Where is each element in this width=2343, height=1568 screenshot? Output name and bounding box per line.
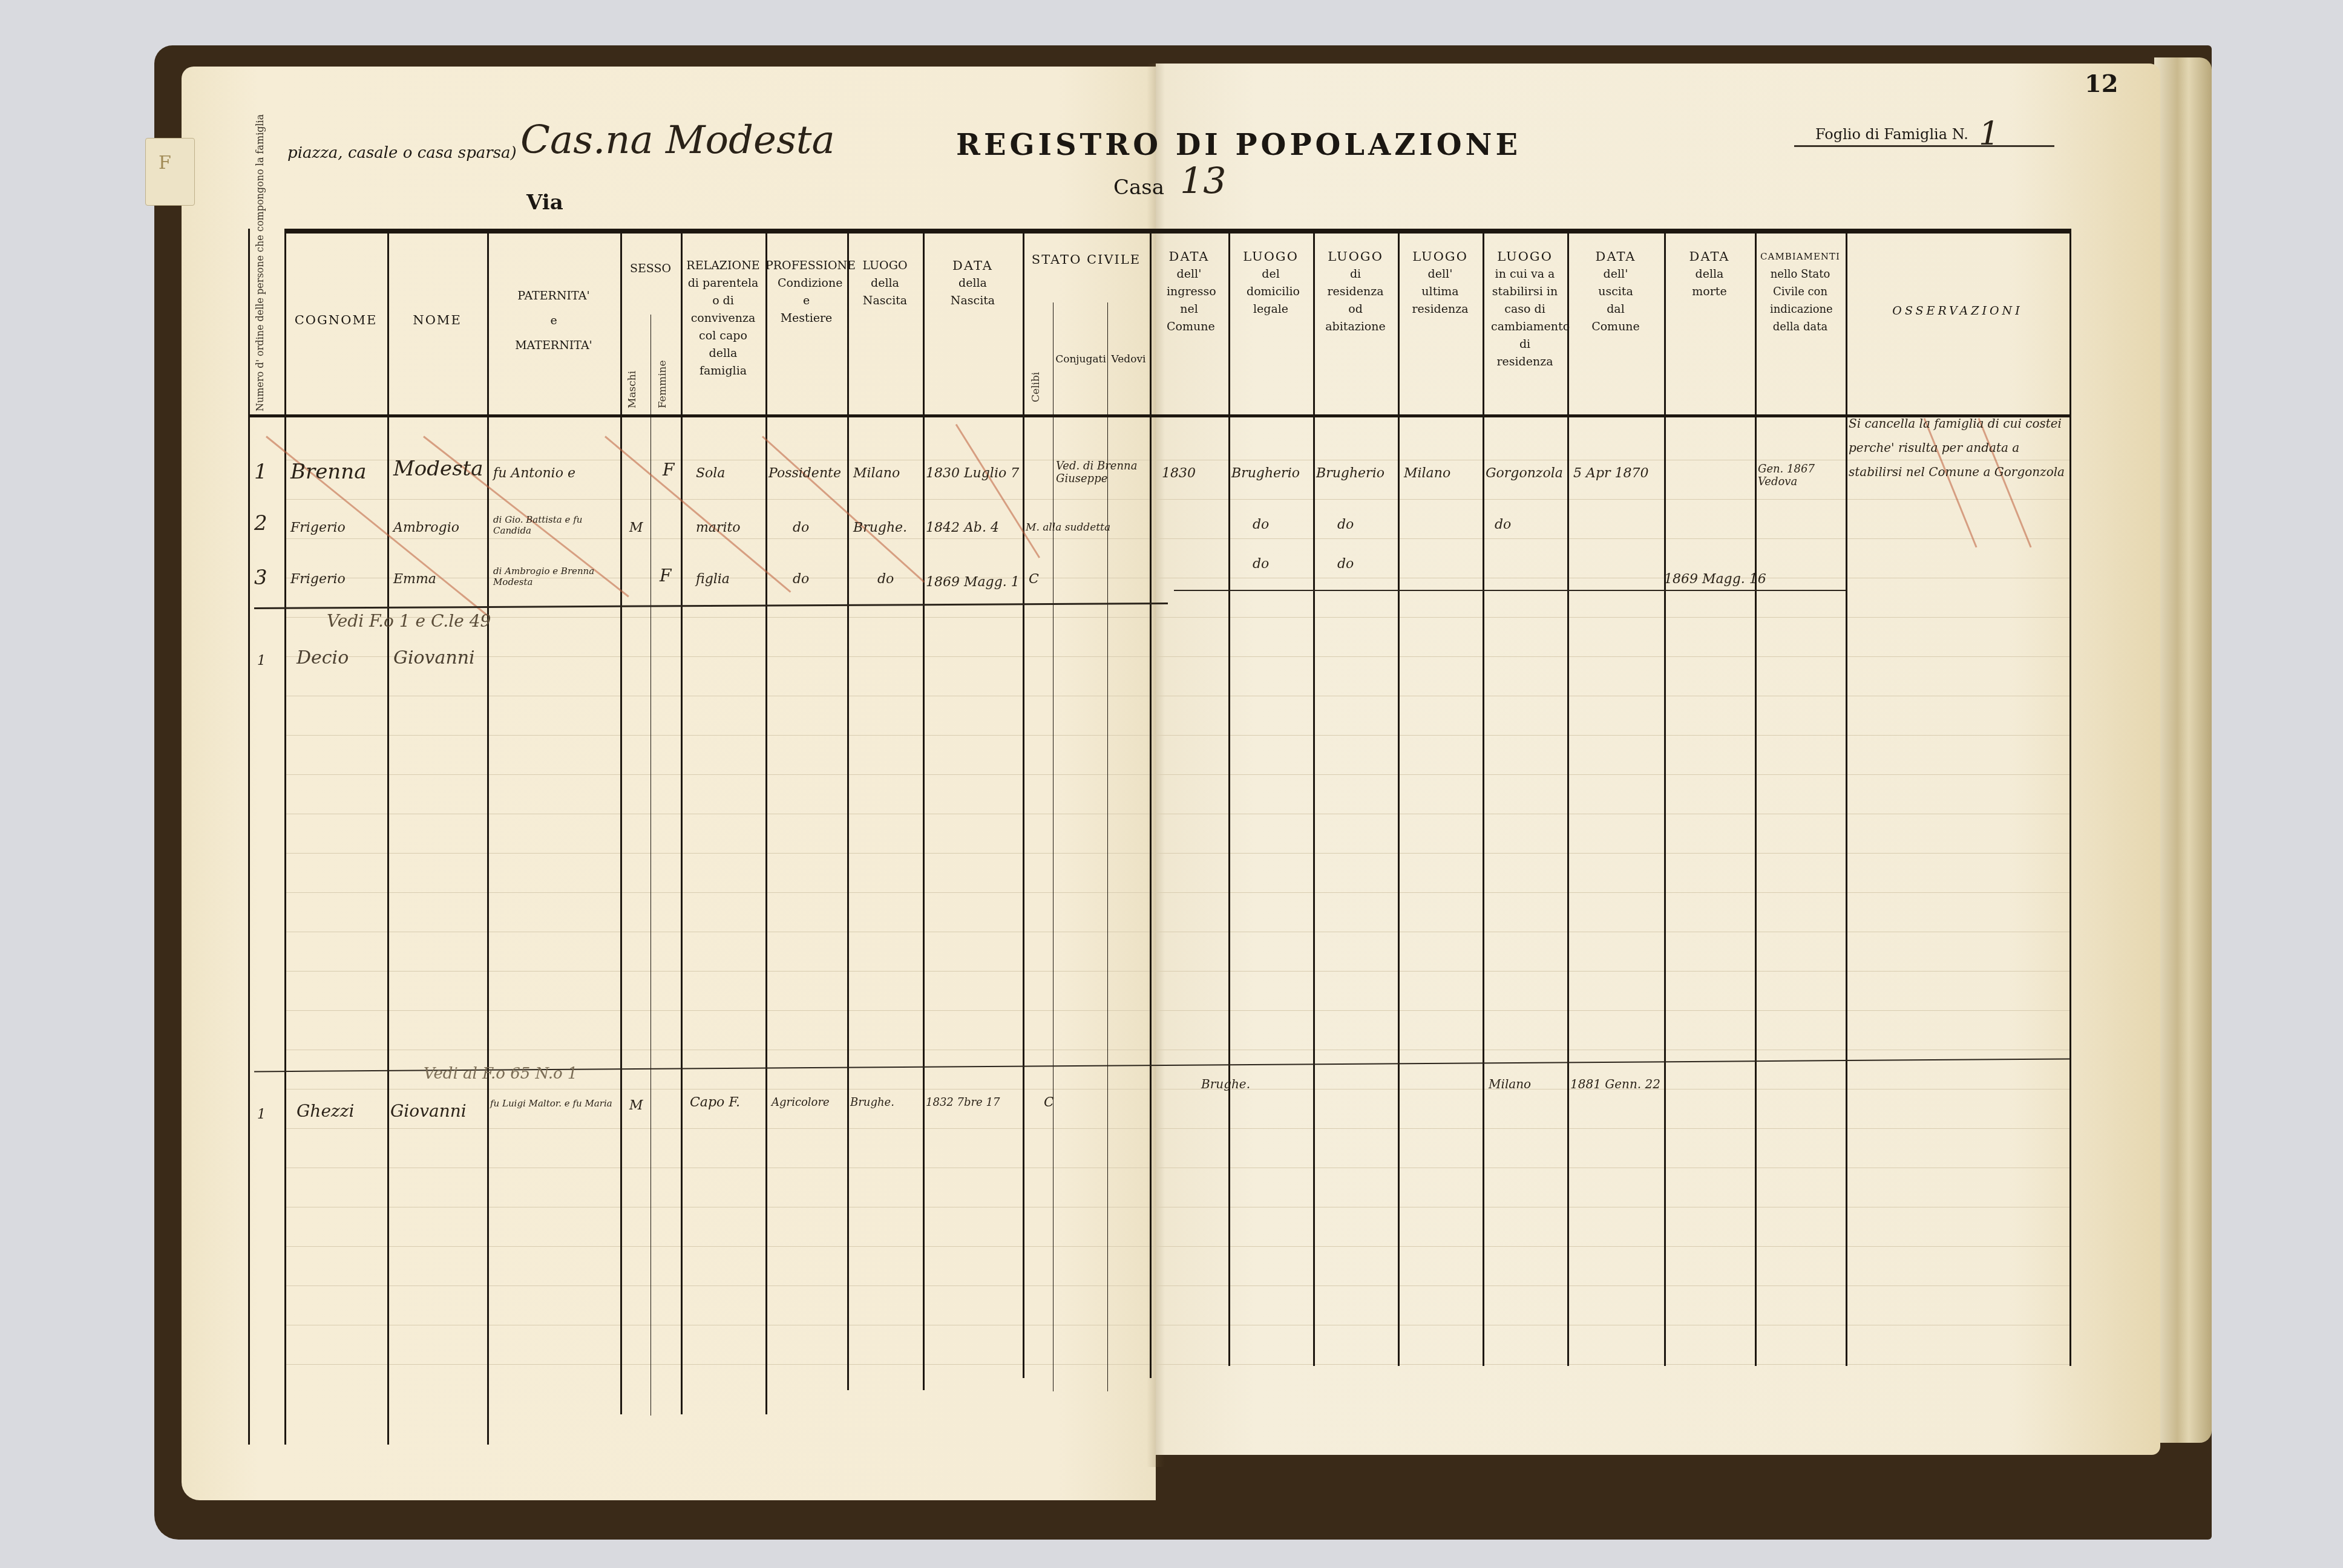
entry-stato-civile: M. alla suddetta <box>1026 521 1110 534</box>
entry-cambiamenti: Gen. 1867 Vedova <box>1758 463 1846 488</box>
col-header-luogo-residenza: LUOGO di residenza od abitazione <box>1313 248 1398 336</box>
entry-relazione: Capo F. <box>690 1095 740 1110</box>
casa-number: 13 <box>1180 160 1226 203</box>
table-top-rule <box>284 229 2069 234</box>
entry-relazione: figlia <box>696 572 730 587</box>
entry-data-ingresso: 1830 <box>1162 466 1196 481</box>
entry-cognome: Ghezzi <box>297 1101 354 1121</box>
entry-nome: Emma <box>393 572 436 587</box>
frazione-value: Cas.na Modesta <box>520 118 835 163</box>
entry-luogo-nascita: Milano <box>853 466 900 481</box>
entry-paternita: di Ambrogio e Brenna Modesta <box>493 566 617 587</box>
entry-professione: do <box>793 572 809 587</box>
entry-luogo-va: Milano <box>1489 1077 1531 1091</box>
table-header-rule <box>248 414 2069 417</box>
entry-sesso-m: M <box>629 1098 643 1113</box>
entry-luogo-domicilio: Brughe. <box>1201 1077 1250 1091</box>
entry-nome: Ambrogio <box>393 520 459 535</box>
entry-num: 1 <box>257 653 266 668</box>
col-header-celibi: Celibi <box>1030 372 1042 402</box>
foglio-label: Foglio di Famiglia N. <box>1815 126 1968 143</box>
col-header-sesso: SESSO <box>620 260 681 278</box>
entry-data-uscita: 5 Apr 1870 <box>1573 466 1648 481</box>
cross-reference-note: Vedi F.o 1 e C.le 49 <box>327 611 491 631</box>
entry-luogo-domicilio: Brugherio <box>1231 466 1300 481</box>
entry-num: 1 <box>254 460 267 484</box>
entry-nome: Modesta <box>393 457 483 481</box>
entry-luogo-domicilio: do <box>1253 517 1269 532</box>
entry-stato-civile: Ved. di Brenna Giuseppe <box>1056 460 1147 485</box>
entry-paternita: fu Luigi Maltor. e fu Maria <box>490 1098 617 1109</box>
entry-num: 3 <box>254 566 267 590</box>
family-separator-right <box>1174 590 1846 591</box>
col-header-paternita: PATERNITA' e MATERNITA' <box>487 287 620 354</box>
entry-paternita: di Gio. Battista e fu Candida <box>493 514 617 536</box>
entry-data-nascita: 1830 Luglio 7 <box>926 466 1019 481</box>
entry-sesso-f: F <box>660 566 671 586</box>
entry-nome: Giovanni <box>393 647 475 668</box>
col-header-stato-civile: STATO CIVILE <box>1023 251 1150 269</box>
entry-luogo-nascita: do <box>877 572 894 587</box>
col-header-luogo-domicilio: LUOGO del domicilio legale <box>1228 248 1313 318</box>
entry-sesso-m: M <box>629 520 643 535</box>
entry-luogo-va: Gorgonzola <box>1486 466 1563 481</box>
col-header-professione: PROFESSIONE Condizione e Mestiere <box>765 257 847 327</box>
entry-sesso-f: F <box>663 460 674 480</box>
entry-cognome: Frigerio <box>290 572 346 587</box>
foglio-number: 1 <box>1979 115 1999 153</box>
entry-cognome: Frigerio <box>290 520 346 535</box>
entry-stato-civile: C <box>1044 1095 1054 1110</box>
entry-luogo-ultima: Milano <box>1404 466 1450 481</box>
entry-osservazioni: Si cancella la famiglia di cui costei pe… <box>1849 411 2066 484</box>
col-header-osservazioni: OSSERVAZIONI <box>1846 302 2069 320</box>
entry-professione: do <box>793 520 809 535</box>
foglio-underline <box>1794 145 2054 147</box>
col-header-femmine: Femmine <box>657 360 669 408</box>
location-label: piazza, casale o casa sparsa) <box>287 144 517 162</box>
entry-relazione: Sola <box>696 466 725 481</box>
entry-luogo-residenza: do <box>1337 517 1354 532</box>
casa-label: Casa <box>1113 175 1164 200</box>
entry-luogo-residenza: Brugherio <box>1316 466 1384 481</box>
entry-num: 2 <box>254 511 267 535</box>
entry-data-nascita: 1842 Ab. 4 <box>926 520 999 535</box>
entry-cognome: Decio <box>297 647 349 668</box>
page-number: 12 <box>2085 70 2119 98</box>
col-header-data-morte: DATA della morte <box>1664 248 1755 301</box>
entry-professione: Agricolore <box>772 1096 830 1109</box>
entry-relazione: marito <box>696 520 741 535</box>
entry-luogo-nascita: Brughe. <box>853 520 907 535</box>
entry-luogo-domicilio: do <box>1253 557 1269 572</box>
cross-reference-note-2: Vedi al F.o 65 N.o 1 <box>424 1065 577 1083</box>
col-header-cambiamenti: CAMBIAMENTI nello Stato Civile con indic… <box>1755 248 1846 336</box>
entry-nome: Giovanni <box>390 1101 467 1121</box>
entry-luogo-residenza: do <box>1337 557 1354 572</box>
entry-num: 1 <box>257 1107 266 1122</box>
col-header-data-nascita: DATA della Nascita <box>923 257 1023 310</box>
col-header-numero: Numero d' ordine delle persone che compo… <box>254 114 266 411</box>
col-header-luogo-va: LUOGO in cui va a stabilirsi in caso di … <box>1483 248 1567 371</box>
col-header-conjugati: Conjugati <box>1054 351 1107 368</box>
entry-cognome: Brenna <box>290 460 366 484</box>
entry-data-nascita: 1832 7bre 17 <box>926 1096 1000 1109</box>
entry-data-morte: 1869 Magg. 16 <box>1664 572 1766 587</box>
col-header-luogo-nascita: LUOGO della Nascita <box>847 257 923 310</box>
col-header-vedovi: Vedovi <box>1107 351 1150 368</box>
index-tab-letter: F <box>159 152 171 174</box>
col-header-data-uscita: DATA dell' uscita dal Comune <box>1567 248 1664 336</box>
col-header-data-ingresso: DATA dell' ingresso nel Comune <box>1150 248 1228 336</box>
entry-professione: Possidente <box>768 466 841 481</box>
via-label: Via <box>526 191 563 215</box>
entry-stato-civile: C <box>1029 572 1039 587</box>
page-fore-edge <box>2154 57 2212 1443</box>
col-header-relazione: RELAZIONE di parentela o di convivenza c… <box>681 257 765 380</box>
entry-data-nascita: 1869 Magg. 1 <box>926 575 1020 590</box>
col-header-luogo-ultima: LUOGO dell' ultima residenza <box>1398 248 1483 318</box>
entry-paternita: fu Antonio e <box>493 466 575 481</box>
col-header-maschi: Maschi <box>626 371 638 408</box>
col-header-cognome: COGNOME <box>284 312 387 330</box>
entry-luogo-va: do <box>1495 517 1511 532</box>
entry-data-uscita: 1881 Genn. 22 <box>1570 1077 1660 1091</box>
entry-luogo-nascita: Brughe. <box>850 1096 894 1109</box>
register-title: REGISTRO DI POPOLAZIONE <box>956 128 1521 162</box>
col-header-nome: NOME <box>387 312 487 330</box>
